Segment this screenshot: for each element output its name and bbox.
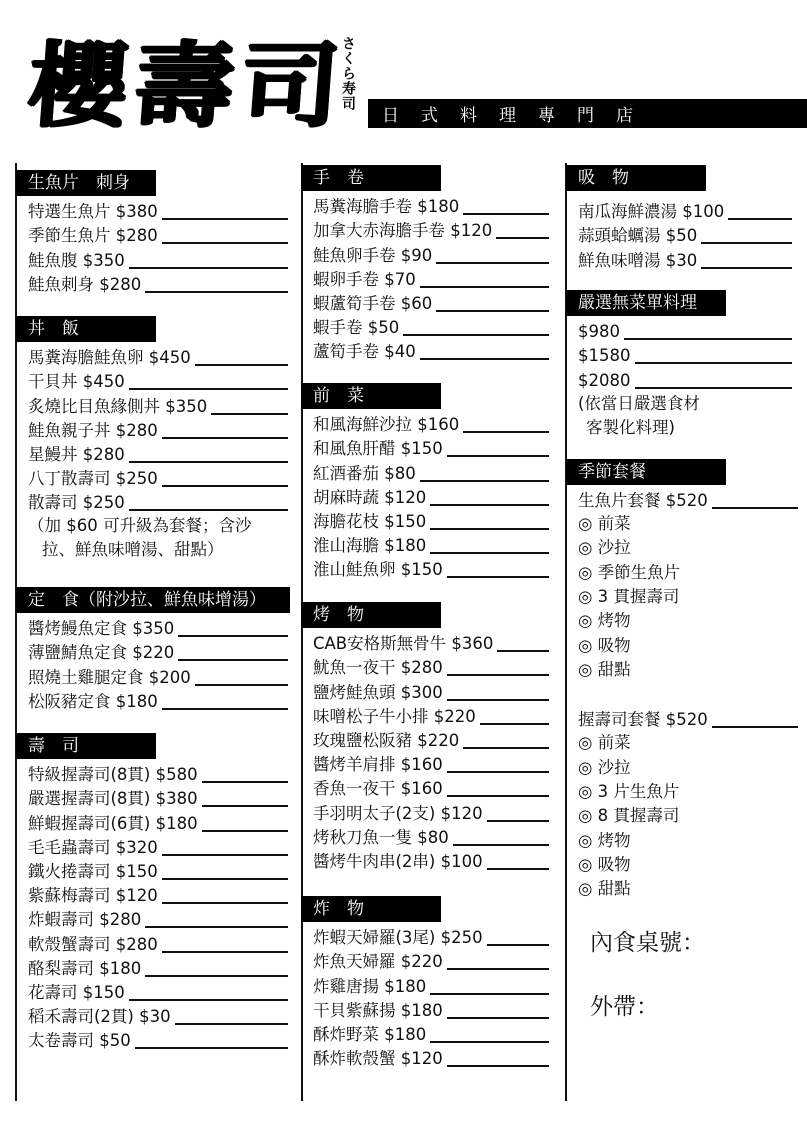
menu-item: 蝦蘆筍手卷 $60 <box>313 291 549 315</box>
menu-item: 嚴選握壽司(8貫) $380 <box>28 786 288 810</box>
section-set-meal: 定 食（附沙拉、鮮魚味增湯） 醬烤鰻魚定食 $350 薄鹽鯖魚定食 $220 照… <box>16 587 288 713</box>
quantity-blank[interactable] <box>162 485 288 487</box>
section-header: 丼 飯 <box>16 316 156 342</box>
menu-item: 鐵火捲壽司 $150 <box>28 859 288 883</box>
item-label: 淮山鮭魚卵 $150 <box>313 559 443 581</box>
quantity-blank[interactable] <box>487 820 549 822</box>
item-label: 紫蘇梅壽司 $120 <box>28 885 158 907</box>
menu-item: 香魚一夜干 $160 <box>313 776 549 800</box>
item-label: 特選生魚片 $380 <box>28 201 158 223</box>
menu-item: 酥炸野菜 $180 <box>313 1022 549 1046</box>
quantity-blank[interactable] <box>436 262 549 264</box>
item-label: 鮭魚刺身 $280 <box>28 274 141 296</box>
quantity-blank[interactable] <box>202 830 288 832</box>
section-header: 炸 物 <box>301 896 441 922</box>
menu-item: 鮮蝦握壽司(6貫) $180 <box>28 810 288 834</box>
menu-item: 炸蝦壽司 $280 <box>28 907 288 931</box>
item-label: 炸蝦壽司 $280 <box>28 909 141 931</box>
quantity-blank[interactable] <box>487 868 549 870</box>
course-item: ◎ 甜點 <box>566 877 798 901</box>
quantity-blank[interactable] <box>145 926 288 928</box>
item-label: 照燒土雞腿定食 $200 <box>28 667 191 689</box>
section-seasonal-set: 季節套餐 生魚片套餐 $520 ◎ 前菜 ◎ 沙拉 ◎ 季節生魚片 ◎ 3 貫握… <box>566 459 798 902</box>
quantity-blank[interactable] <box>162 708 288 710</box>
course-item: ◎ 前菜 <box>566 512 798 536</box>
item-label: 烤秋刀魚一隻 $80 <box>313 827 449 849</box>
item-label: 魷魚一夜干 $280 <box>313 657 443 679</box>
section-sashimi: 生魚片 刺身 特選生魚片 $380 季節生魚片 $280 鮭魚腹 $350 鮭魚… <box>16 170 288 296</box>
section-appetizer: 前 菜 和風海鮮沙拉 $160 和風魚肝醋 $150 紅酒番茄 $80 胡麻時蔬… <box>301 383 549 581</box>
item-list: $980 $1580 $2080 (依當日嚴選食材 客製化料理) <box>566 319 792 440</box>
menu-item: 鮭魚卵手卷 $90 <box>313 242 549 266</box>
quantity-blank[interactable] <box>195 364 288 366</box>
quantity-blank[interactable] <box>420 286 549 288</box>
quantity-blank[interactable] <box>202 781 288 783</box>
menu-item: 淮山鮭魚卵 $150 <box>313 557 549 581</box>
item-list: CAB安格斯無骨牛 $360 魷魚一夜干 $280 鹽烤鮭魚頭 $300 味噌松… <box>301 631 549 873</box>
menu-item: $980 <box>578 319 792 343</box>
quantity-blank[interactable] <box>162 242 288 244</box>
set-menu-item: 生魚片套餐 $520 <box>578 488 798 512</box>
course-item: ◎ 3 片生魚片 <box>566 780 798 804</box>
quantity-blank[interactable] <box>129 461 288 463</box>
item-label: 紅酒番茄 $80 <box>313 463 416 485</box>
item-label: 炸魚天婦羅 $220 <box>313 951 443 973</box>
course-item: ◎ 3 貫握壽司 <box>566 585 798 609</box>
logo-subtitle: さくら寿司 <box>338 36 358 111</box>
item-label: 薄鹽鯖魚定食 $220 <box>28 642 174 664</box>
item-label: $2080 <box>578 370 631 392</box>
item-label: 酥炸野菜 $180 <box>313 1024 426 1046</box>
quantity-blank[interactable] <box>701 242 792 244</box>
menu-item: 醬烤鰻魚定食 $350 <box>28 616 288 640</box>
section-header: 吸 物 <box>566 165 706 191</box>
menu-item: 炸蝦天婦羅(3尾) $250 <box>313 925 549 949</box>
quantity-blank[interactable] <box>624 338 792 340</box>
menu-item: 淮山海膽 $180 <box>313 533 549 557</box>
item-label: 鮭魚親子丼 $280 <box>28 420 158 442</box>
menu-item: 和風海鮮沙拉 $160 <box>313 412 549 436</box>
item-list: 馬糞海膽鮭魚卵 $450 干貝丼 $450 炙燒比目魚緣側丼 $350 鮭魚親子… <box>16 345 288 562</box>
item-list: 和風海鮮沙拉 $160 和風魚肝醋 $150 紅酒番茄 $80 胡麻時蔬 $12… <box>301 412 549 581</box>
quantity-blank[interactable] <box>129 509 288 511</box>
item-label: 蒜頭蛤蠣湯 $50 <box>578 225 697 247</box>
item-label: 握壽司套餐 $520 <box>578 709 708 731</box>
quantity-blank[interactable] <box>162 218 288 220</box>
menu-item: 薄鹽鯖魚定食 $220 <box>28 640 288 664</box>
item-label: 生魚片套餐 $520 <box>578 490 708 512</box>
menu-item: 太卷壽司 $50 <box>28 1028 288 1052</box>
quantity-blank[interactable] <box>420 480 549 482</box>
quantity-blank[interactable] <box>162 951 288 953</box>
section-header: 生魚片 刺身 <box>16 170 156 196</box>
section-header: 手 卷 <box>301 165 441 191</box>
item-label: 香魚一夜干 $160 <box>313 778 443 800</box>
item-label: 淮山海膽 $180 <box>313 535 426 557</box>
quantity-blank[interactable] <box>453 844 549 846</box>
quantity-blank[interactable] <box>447 699 549 701</box>
section-grilled: 烤 物 CAB安格斯無骨牛 $360 魷魚一夜干 $280 鹽烤鮭魚頭 $300… <box>301 602 549 873</box>
quantity-blank[interactable] <box>480 723 549 725</box>
menu-item: 花壽司 $150 <box>28 980 288 1004</box>
item-label: 胡麻時蔬 $120 <box>313 487 426 509</box>
item-label: 炸蝦天婦羅(3尾) $250 <box>313 927 483 949</box>
menu-item: 胡麻時蔬 $120 <box>313 485 549 509</box>
menu-item: 酥炸軟殼蟹 $120 <box>313 1046 549 1070</box>
menu-item: 南瓜海鮮濃湯 $100 <box>578 199 792 223</box>
item-label: 蝦蘆筍手卷 $60 <box>313 293 432 315</box>
quantity-blank[interactable] <box>463 747 549 749</box>
item-label: 加拿大赤海膽手卷 $120 <box>313 220 492 242</box>
menu-item: 鮭魚腹 $350 <box>28 247 288 271</box>
menu-item: 醬烤牛肉串(2串) $100 <box>313 849 549 873</box>
item-list: 特選生魚片 $380 季節生魚片 $280 鮭魚腹 $350 鮭魚刺身 $280 <box>16 199 288 296</box>
quantity-blank[interactable] <box>195 684 288 686</box>
quantity-blank[interactable] <box>635 362 793 364</box>
quantity-blank[interactable] <box>463 213 549 215</box>
quantity-blank[interactable] <box>175 1023 288 1025</box>
menu-item: 特級握壽司(8貫) $580 <box>28 762 288 786</box>
quantity-blank[interactable] <box>162 878 288 880</box>
item-label: $1580 <box>578 345 631 367</box>
quantity-blank[interactable] <box>463 431 549 433</box>
course-item: ◎ 前菜 <box>566 731 798 755</box>
quantity-blank[interactable] <box>447 968 549 970</box>
menu-item: 炸雞唐揚 $180 <box>313 973 549 997</box>
item-label: 太卷壽司 $50 <box>28 1030 131 1052</box>
section-header: 前 菜 <box>301 383 441 409</box>
menu-item: 特選生魚片 $380 <box>28 199 288 223</box>
quantity-blank[interactable] <box>202 805 288 807</box>
course-item: ◎ 吸物 <box>566 853 798 877</box>
item-label: 醬烤羊肩排 $160 <box>313 754 443 776</box>
item-label: 散壽司 $250 <box>28 492 125 514</box>
menu-item: 干貝丼 $450 <box>28 369 288 393</box>
item-label: $980 <box>578 321 620 343</box>
section-soup: 吸 物 南瓜海鮮濃湯 $100 蒜頭蛤蠣湯 $50 鮮魚味噌湯 $30 <box>566 165 792 272</box>
menu-item: 魷魚一夜干 $280 <box>313 655 549 679</box>
item-list: 馬糞海膽手卷 $180 加拿大赤海膽手卷 $120 鮭魚卵手卷 $90 蝦卵手卷… <box>301 194 549 363</box>
course-list: ◎ 前菜 ◎ 沙拉 ◎ 3 片生魚片 ◎ 8 貫握壽司 ◎ 烤物 ◎ 吸物 ◎ … <box>566 731 798 901</box>
item-label: 稻禾壽司(2貫) $30 <box>28 1006 171 1028</box>
item-list: 南瓜海鮮濃湯 $100 蒜頭蛤蠣湯 $50 鮮魚味噌湯 $30 <box>566 199 792 272</box>
tagline: 日式料理專門店 <box>382 101 655 126</box>
omakase-note: 客製化料理) <box>578 416 792 440</box>
quantity-blank[interactable] <box>430 1041 549 1043</box>
menu-item: 紫蘇梅壽司 $120 <box>28 883 288 907</box>
menu-item: 八丁散壽司 $250 <box>28 466 288 490</box>
quantity-blank[interactable] <box>430 528 549 530</box>
quantity-blank[interactable] <box>496 237 549 239</box>
item-list: 炸蝦天婦羅(3尾) $250 炸魚天婦羅 $220 炸雞唐揚 $180 干貝紫蘇… <box>301 925 549 1070</box>
quantity-blank[interactable] <box>129 388 288 390</box>
item-label: 炸雞唐揚 $180 <box>313 976 426 998</box>
course-item: ◎ 甜點 <box>566 658 798 682</box>
item-label: 味噌松子牛小排 $220 <box>313 706 476 728</box>
section-header: 烤 物 <box>301 602 441 628</box>
item-label: 手羽明太子(2支) $120 <box>313 803 483 825</box>
quantity-blank[interactable] <box>430 504 549 506</box>
item-label: 干貝丼 $450 <box>28 371 125 393</box>
quantity-blank[interactable] <box>447 1065 549 1067</box>
item-label: 鮭魚卵手卷 $90 <box>313 245 432 267</box>
takeout-label[interactable]: 外帶： <box>590 992 790 1022</box>
logo-text: 櫻壽司 <box>25 39 349 131</box>
item-label: 星鰻丼 $280 <box>28 444 125 466</box>
item-label: 松阪豬定食 $180 <box>28 691 158 713</box>
section-header: 定 食（附沙拉、鮮魚味增湯） <box>16 587 290 613</box>
menu-item: 蝦卵手卷 $70 <box>313 267 549 291</box>
quantity-blank[interactable] <box>635 387 793 389</box>
menu-item: $2080 <box>578 367 792 391</box>
quantity-blank[interactable] <box>712 507 798 509</box>
item-label: 鮮蝦握壽司(6貫) $180 <box>28 813 198 835</box>
course-item: ◎ 烤物 <box>566 829 798 853</box>
menu-item: 加拿大赤海膽手卷 $120 <box>313 218 549 242</box>
menu-item: 和風魚肝醋 $150 <box>313 436 549 460</box>
menu-item: 炸魚天婦羅 $220 <box>313 949 549 973</box>
menu-item: 季節生魚片 $280 <box>28 223 288 247</box>
item-label: 海膽花枝 $150 <box>313 511 426 533</box>
quantity-blank[interactable] <box>701 267 792 269</box>
menu-item: 海膽花枝 $150 <box>313 509 549 533</box>
item-label: 南瓜海鮮濃湯 $100 <box>578 201 724 223</box>
course-item: ◎ 季節生魚片 <box>566 561 798 585</box>
quantity-blank[interactable] <box>728 218 792 220</box>
item-label: 蘆筍手卷 $40 <box>313 341 416 363</box>
item-list: 醬烤鰻魚定食 $350 薄鹽鯖魚定食 $220 照燒土雞腿定食 $200 松阪豬… <box>16 616 288 713</box>
course-item: ◎ 烤物 <box>566 609 798 633</box>
course-item: ◎ 8 貫握壽司 <box>566 804 798 828</box>
menu-item: 鮭魚親子丼 $280 <box>28 418 288 442</box>
quantity-blank[interactable] <box>447 795 549 797</box>
item-label: 醬烤牛肉串(2串) $100 <box>313 851 483 873</box>
item-label: 酥炸軟殼蟹 $120 <box>313 1048 443 1070</box>
menu-item: 星鰻丼 $280 <box>28 442 288 466</box>
menu-item: CAB安格斯無骨牛 $360 <box>313 631 549 655</box>
logo: 櫻壽司 さくら寿司 <box>28 30 322 140</box>
quantity-blank[interactable] <box>447 674 549 676</box>
quantity-blank[interactable] <box>129 267 288 269</box>
upgrade-note: 拉、鮮魚味噌湯、甜點） <box>28 538 288 562</box>
menu-item: 散壽司 $250 <box>28 490 288 514</box>
item-label: 和風海鮮沙拉 $160 <box>313 414 459 436</box>
quantity-blank[interactable] <box>447 1017 549 1019</box>
menu-item: 蘆筍手卷 $40 <box>313 339 549 363</box>
item-label: 蝦手卷 $50 <box>313 317 399 339</box>
quantity-blank[interactable] <box>497 650 549 652</box>
menu-item: 軟殼蟹壽司 $280 <box>28 931 288 955</box>
menu-item: $1580 <box>578 343 792 367</box>
tagline-bar: 日式料理專門店 <box>368 99 807 128</box>
quantity-blank[interactable] <box>178 659 288 661</box>
omakase-note: (依當日嚴選食材 <box>578 392 792 416</box>
quantity-blank[interactable] <box>430 993 549 995</box>
dine-in-table-label[interactable]: 內食桌號： <box>590 928 790 958</box>
quantity-blank[interactable] <box>211 413 288 415</box>
menu-item: 烤秋刀魚一隻 $80 <box>313 825 549 849</box>
menu-item: 干貝紫蘇揚 $180 <box>313 998 549 1022</box>
quantity-blank[interactable] <box>436 310 549 312</box>
item-label: 馬糞海膽鮭魚卵 $450 <box>28 347 191 369</box>
quantity-blank[interactable] <box>162 437 288 439</box>
menu-item: 鮮魚味噌湯 $30 <box>578 247 792 271</box>
menu-item: 紅酒番茄 $80 <box>313 460 549 484</box>
menu-item: 手羽明太子(2支) $120 <box>313 800 549 824</box>
order-fields: 內食桌號： 外帶： <box>590 928 790 1022</box>
menu-item: 毛毛蟲壽司 $320 <box>28 835 288 859</box>
section-omakase: 嚴選無菜單料理 $980 $1580 $2080 (依當日嚴選食材 客製化料理) <box>566 290 792 440</box>
item-list: 握壽司套餐 $520 <box>566 707 798 731</box>
item-label: 炙燒比目魚緣側丼 $350 <box>28 396 207 418</box>
course-list: ◎ 前菜 ◎ 沙拉 ◎ 季節生魚片 ◎ 3 貫握壽司 ◎ 烤物 ◎ 吸物 ◎ 甜… <box>566 512 798 682</box>
menu-item: 鹽烤鮭魚頭 $300 <box>313 679 549 703</box>
quantity-blank[interactable] <box>487 944 549 946</box>
section-donburi: 丼 飯 馬糞海膽鮭魚卵 $450 干貝丼 $450 炙燒比目魚緣側丼 $350 … <box>16 316 288 562</box>
quantity-blank[interactable] <box>129 999 288 1001</box>
quantity-blank[interactable] <box>135 1047 288 1049</box>
item-label: 醬烤鰻魚定食 $350 <box>28 618 174 640</box>
item-label: 軟殼蟹壽司 $280 <box>28 934 158 956</box>
quantity-blank[interactable] <box>447 455 549 457</box>
quantity-blank[interactable] <box>178 635 288 637</box>
section-header: 壽 司 <box>16 733 156 759</box>
item-label: 蝦卵手卷 $70 <box>313 269 416 291</box>
quantity-blank[interactable] <box>447 771 549 773</box>
section-fried: 炸 物 炸蝦天婦羅(3尾) $250 炸魚天婦羅 $220 炸雞唐揚 $180 … <box>301 896 549 1070</box>
menu-item: 炙燒比目魚緣側丼 $350 <box>28 393 288 417</box>
menu-item: 照燒土雞腿定食 $200 <box>28 664 288 688</box>
course-item: ◎ 吸物 <box>566 634 798 658</box>
item-label: 八丁散壽司 $250 <box>28 468 158 490</box>
section-hand-roll: 手 卷 馬糞海膽手卷 $180 加拿大赤海膽手卷 $120 鮭魚卵手卷 $90 … <box>301 165 549 363</box>
quantity-blank[interactable] <box>712 726 798 728</box>
menu-item: 味噌松子牛小排 $220 <box>313 704 549 728</box>
item-label: 鮭魚腹 $350 <box>28 250 125 272</box>
section-sushi: 壽 司 特級握壽司(8貫) $580 嚴選握壽司(8貫) $380 鮮蝦握壽司(… <box>16 733 288 1052</box>
item-label: 特級握壽司(8貫) $580 <box>28 764 198 786</box>
item-label: 季節生魚片 $280 <box>28 225 158 247</box>
item-list: 特級握壽司(8貫) $580 嚴選握壽司(8貫) $380 鮮蝦握壽司(6貫) … <box>16 762 288 1052</box>
quantity-blank[interactable] <box>145 975 288 977</box>
quantity-blank[interactable] <box>145 291 288 293</box>
item-list: 生魚片套餐 $520 <box>566 488 798 512</box>
item-label: CAB安格斯無骨牛 $360 <box>313 633 493 655</box>
menu-item: 鮭魚刺身 $280 <box>28 272 288 296</box>
menu-item: 稻禾壽司(2貫) $30 <box>28 1004 288 1028</box>
menu-item: 蝦手卷 $50 <box>313 315 549 339</box>
menu-item: 松阪豬定食 $180 <box>28 689 288 713</box>
menu-item: 玫瑰鹽松阪豬 $220 <box>313 728 549 752</box>
menu-item: 蒜頭蛤蠣湯 $50 <box>578 223 792 247</box>
quantity-blank[interactable] <box>162 902 288 904</box>
quantity-blank[interactable] <box>420 358 549 360</box>
item-label: 玫瑰鹽松阪豬 $220 <box>313 730 459 752</box>
item-label: 鐵火捲壽司 $150 <box>28 861 158 883</box>
quantity-blank[interactable] <box>447 576 549 578</box>
menu-item: 醬烤羊肩排 $160 <box>313 752 549 776</box>
course-item: ◎ 沙拉 <box>566 536 798 560</box>
item-label: 馬糞海膽手卷 $180 <box>313 196 459 218</box>
quantity-blank[interactable] <box>162 854 288 856</box>
item-label: 酪梨壽司 $180 <box>28 958 141 980</box>
course-item: ◎ 沙拉 <box>566 756 798 780</box>
item-label: 嚴選握壽司(8貫) $380 <box>28 788 198 810</box>
set-menu-item: 握壽司套餐 $520 <box>578 707 798 731</box>
menu-item: 馬糞海膽鮭魚卵 $450 <box>28 345 288 369</box>
menu-item: 酪梨壽司 $180 <box>28 956 288 980</box>
item-label: 和風魚肝醋 $150 <box>313 438 443 460</box>
item-label: 鹽烤鮭魚頭 $300 <box>313 682 443 704</box>
section-header: 嚴選無菜單料理 <box>566 290 726 316</box>
item-label: 干貝紫蘇揚 $180 <box>313 1000 443 1022</box>
section-header: 季節套餐 <box>566 459 726 485</box>
menu-item: 馬糞海膽手卷 $180 <box>313 194 549 218</box>
quantity-blank[interactable] <box>430 552 549 554</box>
quantity-blank[interactable] <box>403 334 549 336</box>
item-label: 毛毛蟲壽司 $320 <box>28 837 158 859</box>
upgrade-note: （加 $60 可升級為套餐；含沙 <box>28 514 288 538</box>
item-label: 花壽司 $150 <box>28 982 125 1004</box>
item-label: 鮮魚味噌湯 $30 <box>578 250 697 272</box>
